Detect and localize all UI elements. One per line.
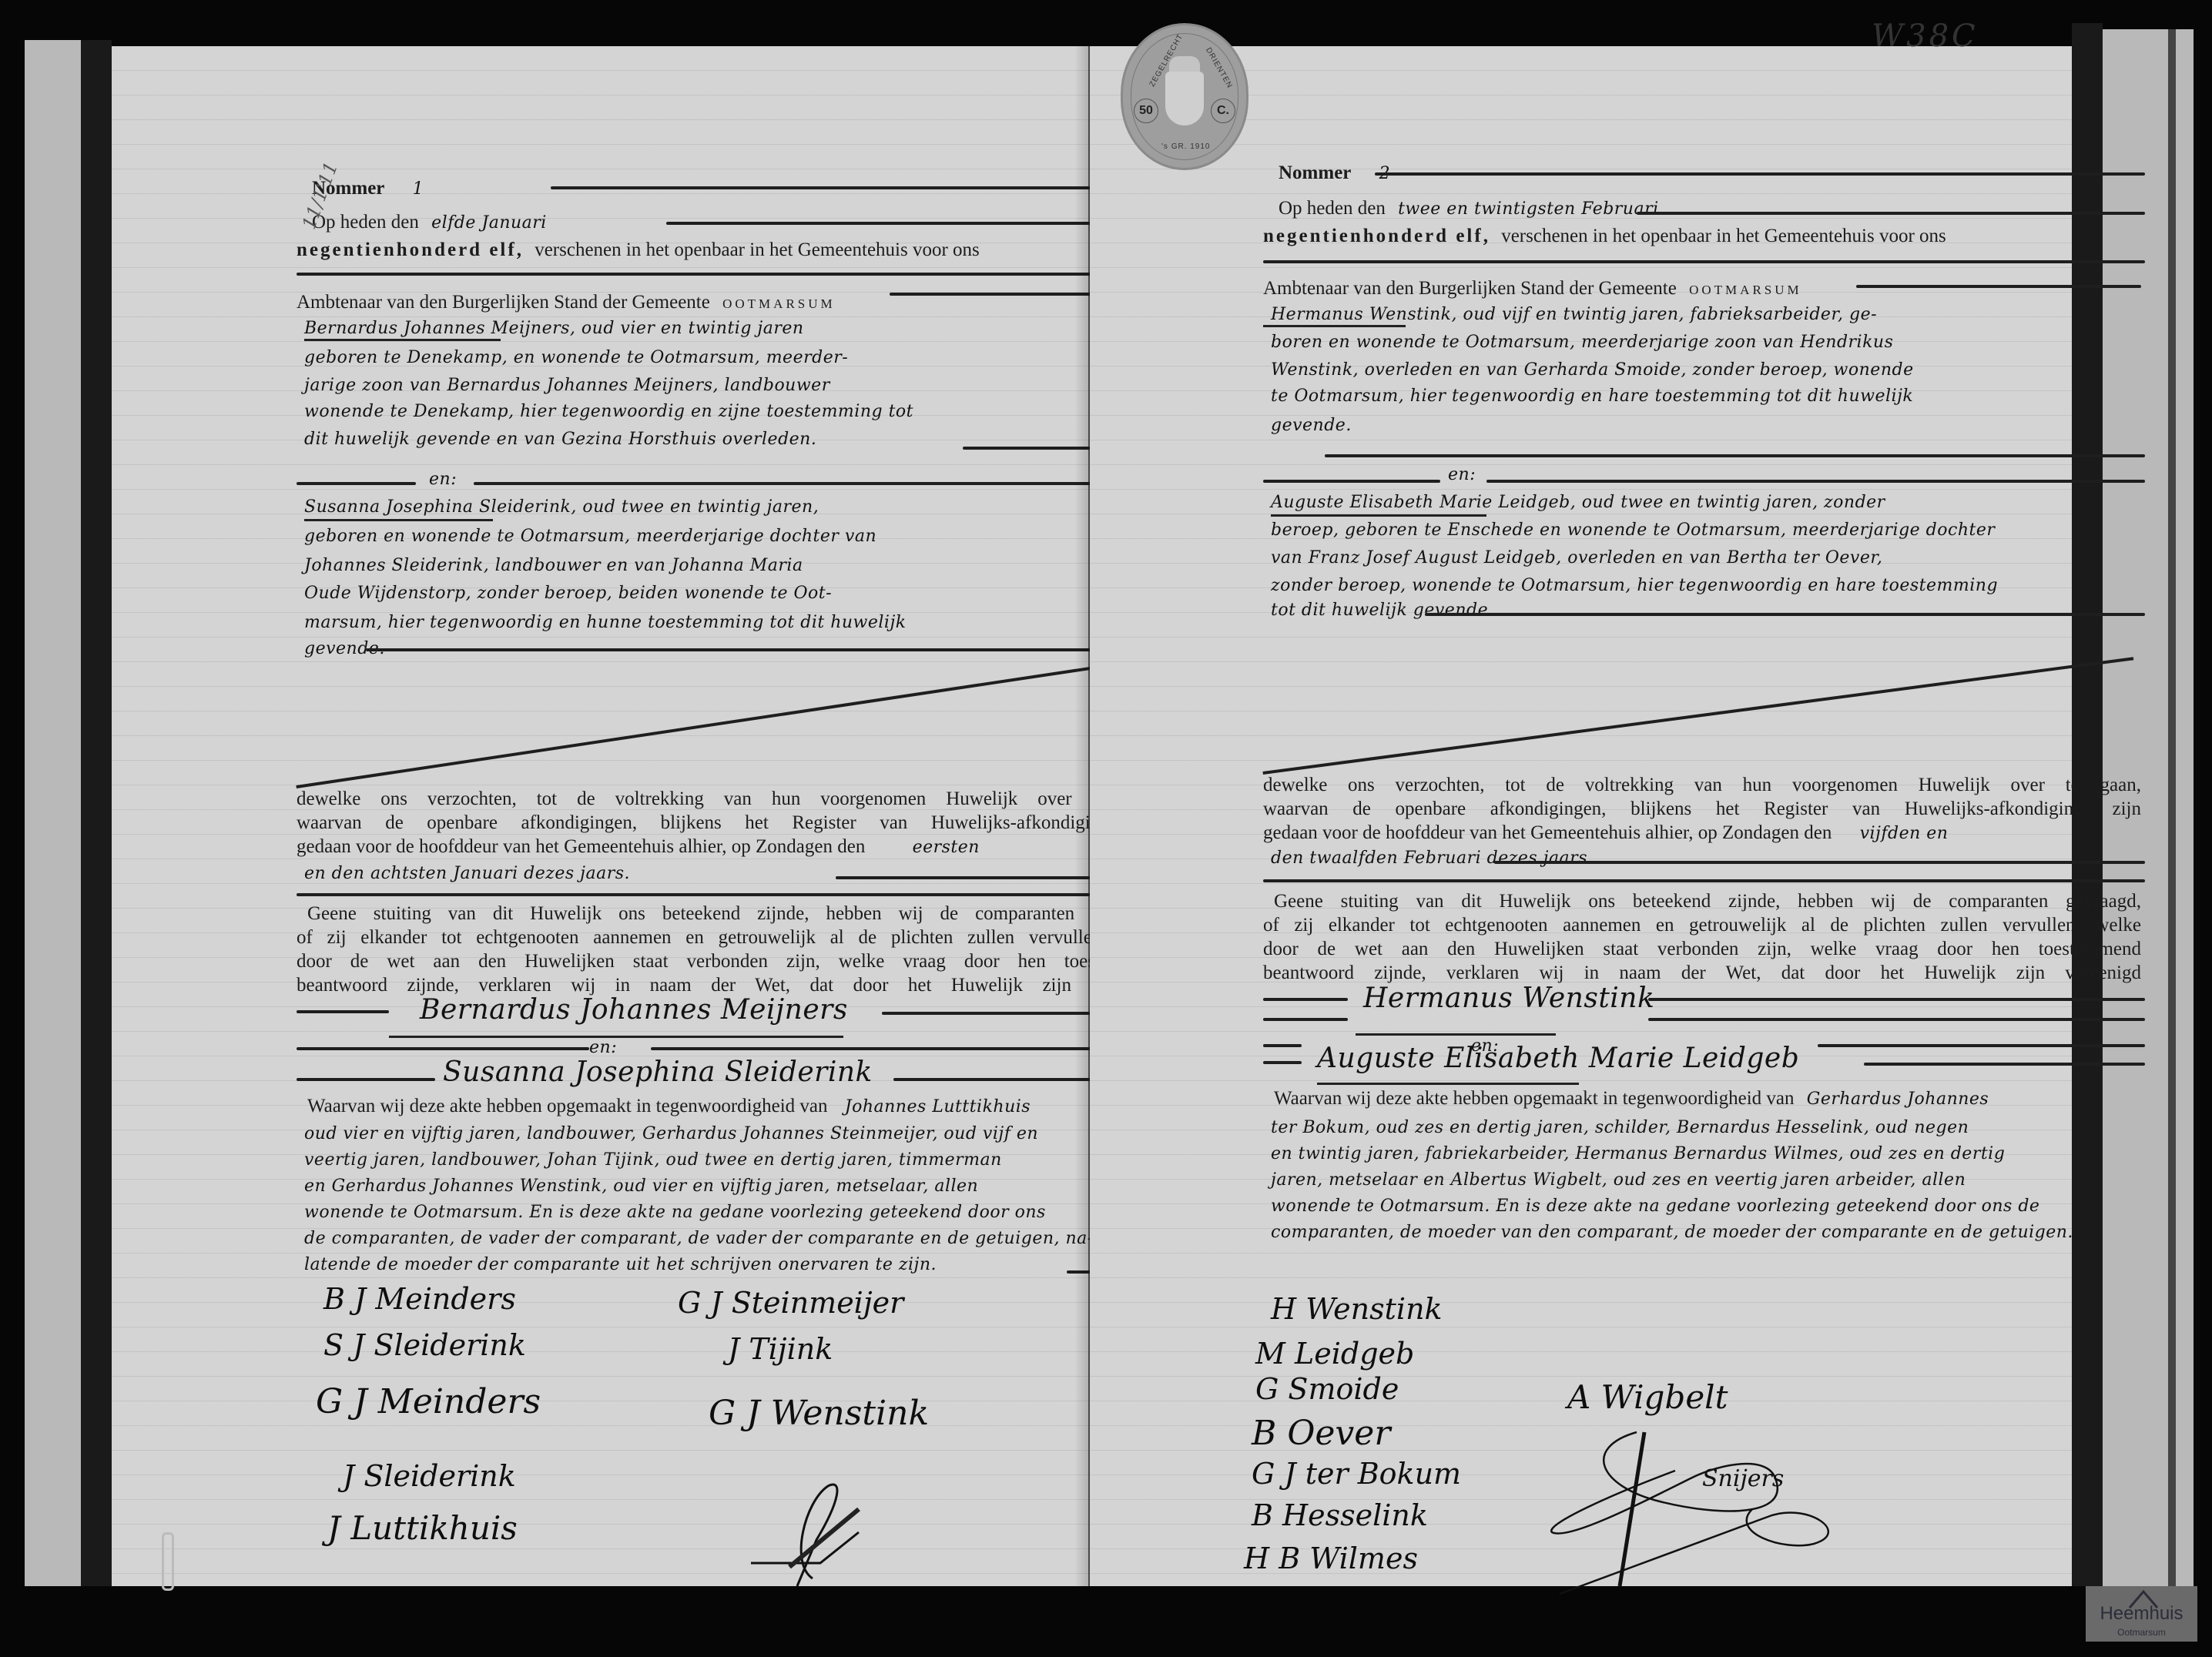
signature: G J Steinmeijer <box>678 1286 903 1320</box>
municipality: OOTMARSUM <box>722 296 836 311</box>
witness-line: oud vier en vijftig jaren, landbouwer, G… <box>304 1123 1167 1146</box>
signature: S J Sleiderink <box>323 1328 526 1362</box>
consent-para-line: Geene stuiting van dit Huwelijk ons bete… <box>1274 890 2141 913</box>
rule <box>1263 1061 1302 1064</box>
bride-line: Johannes Sleiderink, landbouwer en van J… <box>304 554 1167 577</box>
left-page-record-1: Nommer 1 Op heden den elfde Januari nege… <box>112 46 1090 1586</box>
signature: J Tijink <box>728 1332 833 1366</box>
groom-line: Bernardus Johannes Meijners, oud vier en… <box>304 317 1167 340</box>
bride-line: geboren en wonende te Ootmarsum, meerder… <box>304 525 1167 548</box>
stamp-unit: C. <box>1211 99 1235 123</box>
stamp-text-bottom: 's GR. 1910 <box>1161 142 1211 151</box>
groom-line: Hermanus Wenstink, oud vijf en twintig j… <box>1271 303 2141 326</box>
rule <box>1494 861 2145 864</box>
groom-line: gevende. <box>1271 414 2141 437</box>
rule <box>1263 998 1348 1001</box>
op-heden-label: Op heden den <box>1279 198 1386 219</box>
united-bride-underline <box>1317 1083 1579 1085</box>
signature: G J Meinders <box>316 1382 541 1421</box>
signature: B Hesselink <box>1252 1498 1428 1532</box>
groom-line: wonende te Denekamp, hier tegenwoordig e… <box>304 400 1167 423</box>
record-number: 1 <box>413 179 424 199</box>
record-date: twee en twintigsten Februari <box>1398 199 1659 219</box>
signature: B J Meinders <box>323 1282 516 1316</box>
banns-para-line: dewelke ons verzochten, tot de voltrekki… <box>297 788 1167 811</box>
signature: J Luttikhuis <box>327 1509 518 1547</box>
witness-line: veertig jaren, landbouwer, Johan Tijink,… <box>304 1149 1167 1172</box>
banns-date-2: en den achtsten Januari dezes jaars. <box>304 862 1167 885</box>
rule <box>297 1010 389 1013</box>
record-date: elfde Januari <box>431 213 547 233</box>
united-bride: Auguste Elisabeth Marie Leidgeb <box>1317 1047 2141 1070</box>
en-label: en: <box>1448 464 2141 487</box>
witness-line: wonende te Ootmarsum. En is deze akte na… <box>304 1201 1167 1224</box>
bride-line: Susanna Josephina Sleiderink, oud twee e… <box>304 496 1167 519</box>
groom-line: geboren te Denekamp, en wonende te Ootma… <box>304 346 1167 370</box>
revenue-stamp: 50 C. ZEGELRECHT DRIENTEN 's GR. 1910 <box>1121 23 1248 170</box>
heemhuis-watermark-logo: Heemhuis Ootmarsum <box>2086 1586 2197 1642</box>
consent-para-line: beantwoord zijnde, verklaren wij in naam… <box>1263 962 2141 985</box>
rule <box>1375 172 2145 176</box>
rule <box>1648 998 2145 1001</box>
bride-line: tot dit huwelijk gevende. <box>1271 599 2141 622</box>
rule <box>1263 1044 1302 1047</box>
witness-line: latende de moeder der comparante uit het… <box>304 1254 1167 1277</box>
page-folio-number: W38C <box>1872 18 1979 54</box>
rule <box>1263 879 2145 882</box>
banns-date-2: den twaalfden Februari dezes jaars <box>1271 847 2141 870</box>
right-page-record-2: Nommer 2 Op heden den twee en twintigste… <box>1090 46 2072 1586</box>
rule <box>1425 613 2145 616</box>
banns-date-1: eersten <box>913 838 980 857</box>
bride-line: zonder beroep, wonende te Ootmarsum, hie… <box>1271 574 2141 598</box>
banns-para-line: waarvan de openbare afkondigingen, blijk… <box>1263 798 2141 821</box>
consent-para-line: door de wet aan den Huwelijken staat ver… <box>1263 938 2141 961</box>
official-signature-icon: Snijers <box>1537 1417 1868 1609</box>
rule <box>1818 1044 2145 1047</box>
rule <box>1263 260 2145 263</box>
signature: A Wigbelt <box>1567 1378 1728 1416</box>
rule <box>474 482 1171 485</box>
rule <box>1637 212 2145 215</box>
bride-name-underline <box>304 519 493 521</box>
coat-of-arms-icon <box>1165 72 1204 126</box>
rule <box>1864 1063 2145 1066</box>
groom-line: boren en wonende te Ootmarsum, meerderja… <box>1271 331 2141 354</box>
signature: H B Wilmes <box>1244 1542 1418 1575</box>
logo-name: Heemhuis <box>2086 1603 2197 1625</box>
paper-clip-icon <box>162 1532 174 1591</box>
stamp-value: 50 <box>1134 99 1158 123</box>
official-paraph-icon <box>743 1471 874 1594</box>
united-groom: Bernardus Johannes Meijners <box>420 999 1167 1022</box>
witness-line: wonende te Ootmarsum. En is deze akte na… <box>1271 1195 2141 1218</box>
en-label: en: <box>429 468 1167 491</box>
groom-line: Wenstink, overleden en van Gerharda Smoi… <box>1271 359 2141 382</box>
left-binding-band <box>81 40 112 1586</box>
rule <box>1486 480 2145 483</box>
ambtenaar-text: Ambtenaar van den Burgerlijken Stand der… <box>1263 278 1677 299</box>
groom-name-underline <box>304 339 501 341</box>
verschenen-text: verschenen in het openbaar in het Gemeen… <box>535 239 980 260</box>
municipality: OOTMARSUM <box>1689 283 1802 297</box>
bride-line: marsum, hier tegenwoordig en hunne toest… <box>304 611 1167 634</box>
nommer-label: Nommer <box>1279 162 1351 183</box>
bride-line: Auguste Elisabeth Marie Leidgeb, oud twe… <box>1271 491 2141 514</box>
witness-line: en Gerhardus Johannes Wenstink, oud vier… <box>304 1175 1167 1198</box>
consent-para-line: of zij elkander tot echtgenooten aanneme… <box>297 926 1167 949</box>
bride-line: beroep, geboren te Enschede en wonende t… <box>1271 519 2141 542</box>
rule <box>297 273 1171 276</box>
signature: G J Wenstink <box>709 1394 929 1433</box>
rule <box>1325 454 2145 457</box>
signature: H Wenstink <box>1271 1292 1443 1326</box>
banns-para-line: dewelke ons verzochten, tot de voltrekki… <box>1263 774 2141 797</box>
op-heden-label: Op heden den <box>312 212 419 233</box>
groom-line: jarige zoon van Bernardus Johannes Meijn… <box>304 374 1167 397</box>
rule <box>297 1047 589 1050</box>
year-label: negentienhonderd elf, <box>1263 226 1490 246</box>
void-diagonal-line <box>296 657 1157 788</box>
bride-line: van Franz Josef August Leidgeb, overlede… <box>1271 547 2141 570</box>
left-outer-page-edge <box>25 40 81 1586</box>
void-diagonal-line <box>1262 657 2133 775</box>
signature: G J ter Bokum <box>1252 1457 1461 1491</box>
consent-para-line: door de wet aan den Huwelijken staat ver… <box>297 950 1167 973</box>
bride-name-underline <box>1271 514 1486 517</box>
crown-icon <box>1169 56 1200 73</box>
rule <box>297 482 416 485</box>
witness-line: ter Bokum, oud zes en dertig jaren, schi… <box>1271 1116 2141 1140</box>
verschenen-text: verschenen in het openbaar in het Gemeen… <box>1501 226 1946 246</box>
banns-date-1: vijfden en <box>1860 824 1949 843</box>
groom-name-underline <box>1263 325 1406 327</box>
right-edge-line <box>2168 29 2176 1586</box>
signature: B Oever <box>1252 1414 1390 1453</box>
witness-line: jaren, metselaar en Albertus Wigbelt, ou… <box>1271 1169 2141 1192</box>
bride-line: Oude Wijdenstorp, zonder beroep, beiden … <box>304 582 1167 605</box>
rule <box>297 1078 435 1081</box>
signature: M Leidgeb <box>1255 1337 1414 1371</box>
consent-para-line: Geene stuiting van dit Huwelijk ons bete… <box>307 902 1167 926</box>
rule <box>1648 1018 2145 1021</box>
consent-para-line: of zij elkander tot echtgenooten aanneme… <box>1263 914 2141 937</box>
banns-para-line: gedaan voor de hoofddeur van het Gemeent… <box>1263 822 1832 843</box>
witness-line: comparanten, de moeder van den comparant… <box>1271 1221 2141 1244</box>
waarvan-text: Waarvan wij deze akte hebben opgemaakt i… <box>307 1096 828 1116</box>
banns-para-line: gedaan voor de hoofddeur van het Gemeent… <box>297 836 865 857</box>
rule <box>297 893 1171 896</box>
waarvan-text: Waarvan wij deze akte hebben opgemaakt i… <box>1274 1088 1795 1109</box>
witness-line: en twintig jaren, fabriekarbeider, Herma… <box>1271 1143 2141 1166</box>
svg-text:Snijers: Snijers <box>1702 1465 1784 1492</box>
signature: G Smoide <box>1255 1372 1399 1406</box>
logo-subtitle: Ootmarsum <box>2086 1627 2197 1638</box>
groom-line: te Ootmarsum, hier tegenwoordig en hare … <box>1271 385 2141 408</box>
rule <box>1263 1018 1348 1021</box>
rule <box>1263 480 1440 483</box>
banns-para-line: waarvan de openbare afkondigingen, blijk… <box>297 812 1167 835</box>
rule <box>366 648 1171 651</box>
witness-start: Johannes Lutttikhuis <box>845 1097 1031 1116</box>
ambtenaar-text: Ambtenaar van den Burgerlijken Stand der… <box>297 292 710 313</box>
rule <box>1856 285 2141 288</box>
witness-line: de comparanten, de vader der comparant, … <box>304 1227 1167 1250</box>
year-label: negentienhonderd elf, <box>297 239 524 260</box>
signature: J Sleiderink <box>343 1459 516 1493</box>
witness-start: Gerhardus Johannes <box>1807 1090 1989 1109</box>
